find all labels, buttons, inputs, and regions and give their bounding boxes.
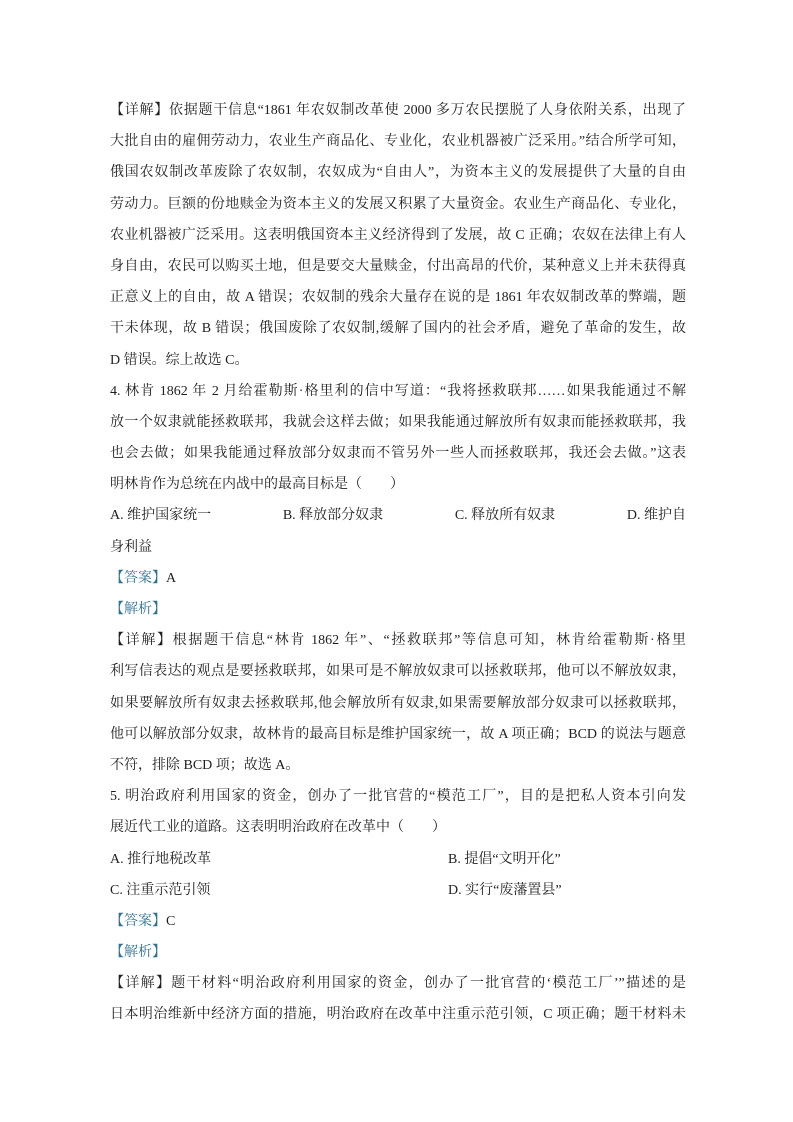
q3-explanation-line-6: 身自由，农民可以购买土地，但是要交大量赎金，付出高昂的代价，某种意义上并未获得真 — [110, 251, 686, 282]
q4-explanation-line-5: 不符，排除 BCD 项；故选 A。 — [110, 750, 686, 781]
q4-options-item-2: B. 释放部分奴隶 — [283, 500, 383, 531]
q4-option-d-wrap-line-1: 身利益 — [110, 532, 686, 563]
q4-options-item-3: C. 释放所有奴隶 — [455, 500, 555, 531]
q3-explanation-line-9: D 错误。综上故选 C。 — [110, 345, 686, 376]
q4-explanation-line-4: 他可以解放部分奴隶，故林肯的最高目标是维护国家统一，故 A 项正确；BCD 的说… — [110, 719, 686, 750]
q4-stem-line-1: 4. 林肯 1862 年 2 月给霍勒斯·格里利的信中写道：“我将拯救联邦……如… — [110, 376, 686, 407]
q4-explanation-line-2: 利写信表达的观点是要拯救联邦，如果可是不解放奴隶可以拯救联邦，他可以不解放奴隶， — [110, 656, 686, 687]
q3-explanation-line-5: 农业机器被广泛采用。这表明俄国资本主义经济得到了发展，故 C 正确；农奴在法律上… — [110, 220, 686, 251]
q4-explanation-line-3: 如果要解放所有奴隶去拯救联邦,他会解放所有奴隶,如果需要解放部分奴隶可以拯救联邦… — [110, 688, 686, 719]
q3-explanation-line-3: 俄国农奴制改革废除了农奴制，农奴成为“自由人”，为资本主义的发展提供了大量的自由 — [110, 157, 686, 188]
q5-answer-tag: 【答案】 — [110, 914, 166, 929]
q4-analysis-tag: 【解析】 — [110, 602, 166, 617]
q3-explanation-line-8: 干未体现，故 B 错误；俄国废除了农奴制,缓解了国内的社会矛盾，避免了革命的发生… — [110, 313, 686, 344]
q4-stem-line-2: 放一个奴隶就能拯救联邦，我就会这样去做；如果我能通过解放所有奴隶而能拯救联邦，我 — [110, 407, 686, 438]
q4-answer: 【答案】A — [110, 563, 686, 594]
q5-options-cell-2-1: C. 注重示范引领 — [110, 875, 448, 906]
q5-options-row-1: A. 推行地税改革B. 提倡“文明开化” — [110, 844, 686, 875]
q5-options-cell-1-1: A. 推行地税改革 — [110, 844, 448, 875]
q5-answer-value: C — [166, 914, 175, 929]
q4-options: A. 维护国家统一B. 释放部分奴隶C. 释放所有奴隶D. 维护自 — [110, 500, 686, 531]
q3-explanation-line-7: 正意义上的自由，故 A 错误；农奴制的残余大量存在说的是 1861 年农奴制改革… — [110, 282, 686, 313]
page: 【详解】依据题干信息“1861 年农奴制改革使 2000 多万农民摆脱了人身依附… — [0, 0, 793, 1122]
q5-options-cell-1-2: B. 提倡“文明开化” — [448, 844, 686, 875]
q4-answer-value: A — [166, 571, 176, 586]
q4-stem-line-3: 也会去做；如果我能通过释放部分奴隶而不管另外一些人而拯救联邦，我还会去做。”这表 — [110, 438, 686, 469]
q4-options-item-1: A. 维护国家统一 — [110, 500, 211, 531]
q5-analysis: 【解析】 — [110, 937, 686, 968]
q5-options-cell-2-2: D. 实行“废藩置县” — [448, 875, 686, 906]
q3-explanation-line-1: 【详解】依据题干信息“1861 年农奴制改革使 2000 多万农民摆脱了人身依附… — [110, 95, 686, 126]
q5-explanation-line-1: 【详解】题干材料“明治政府利用国家的资金，创办了一批官营的‘模范工厂’”描述的是 — [110, 968, 686, 999]
q3-explanation-line-4: 劳动力。巨额的份地赎金为资本主义的发展又积累了大量资金。农业生产商品化、专业化， — [110, 189, 686, 220]
q4-options-item-4: D. 维护自 — [627, 500, 686, 531]
document-content: 【详解】依据题干信息“1861 年农奴制改革使 2000 多万农民摆脱了人身依附… — [110, 95, 686, 1031]
q5-stem-line-1: 5. 明治政府利用国家的资金，创办了一批官营的“模范工厂”，目的是把私人资本引向… — [110, 781, 686, 812]
q4-answer-tag: 【答案】 — [110, 571, 166, 586]
q5-stem-line-2: 展近代工业的道路。这表明明治政府在改革中（ ） — [110, 812, 686, 843]
q4-explanation-line-1: 【详解】根据题干信息“林肯 1862 年”、“拯救联邦”等信息可知，林肯给霍勒斯… — [110, 625, 686, 656]
q3-explanation-line-2: 大批自由的雇佣劳动力，农业生产商品化、专业化，农业机器被广泛采用。”结合所学可知… — [110, 126, 686, 157]
q4-analysis: 【解析】 — [110, 594, 686, 625]
q5-answer: 【答案】C — [110, 906, 686, 937]
q5-explanation-line-2: 日本明治维新中经济方面的措施，明治政府在改革中注重示范引领，C 项正确；题干材料… — [110, 999, 686, 1030]
q5-analysis-tag: 【解析】 — [110, 945, 166, 960]
q5-options-row-2: C. 注重示范引领D. 实行“废藩置县” — [110, 875, 686, 906]
q4-stem-line-4: 明林肯作为总统在内战中的最高目标是（ ） — [110, 469, 686, 500]
